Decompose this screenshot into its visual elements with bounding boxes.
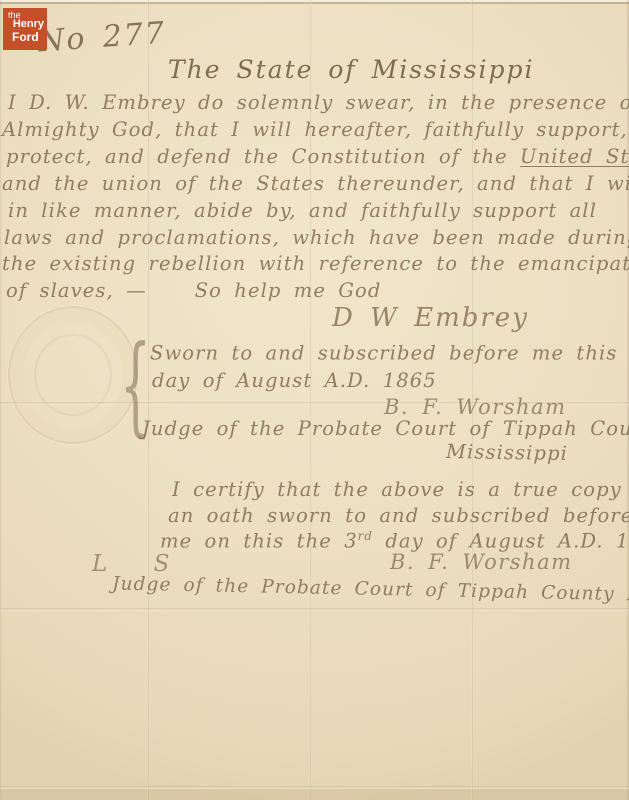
certification-line-3: me on this the 3rd day of August A.D. 18… [160, 529, 629, 553]
worsham-signature-1: B. F. Worsham [384, 395, 567, 419]
oath-line-3: protect, and defend the Constitution of … [6, 145, 629, 168]
logo-text-ford: Ford [12, 30, 39, 44]
oath-line-8-left: of slaves, — [6, 279, 147, 302]
oath-line-6: laws and proclamations, which have been … [4, 226, 629, 249]
document-photo: the Henry Ford No 277 The State of Missi… [0, 0, 629, 800]
document-title: The State of Mississippi [168, 55, 535, 84]
paper-top-fold [0, 2, 629, 4]
judge-state-line: Mississippi [446, 440, 568, 465]
embrey-signature: D W Embrey [332, 303, 529, 333]
jurat-line-1-text: Sworn to and subscribed before me this 3… [150, 342, 629, 365]
paper-bottom-shadow [0, 789, 629, 800]
embossed-seal [8, 306, 138, 444]
certification-line-3-superscript: rd [358, 529, 373, 543]
oath-line-4: and the union of the States thereunder, … [2, 172, 629, 195]
oath-line-8: of slaves, —So help me God [6, 279, 381, 302]
henry-ford-logo: the Henry Ford [3, 8, 47, 50]
certification-line-3-pre: me on this the 3 [160, 530, 358, 553]
oath-line-1: I D. W. Embrey do solemnly swear, in the… [8, 91, 629, 114]
logo-text-henry: Henry [13, 18, 44, 30]
oath-line-8-right: So help me God [147, 279, 382, 302]
certification-line-2: an oath sworn to and subscribed before [168, 504, 629, 527]
oath-line-3-text: protect, and defend the Constitution of … [6, 145, 520, 168]
certification-line-1: I certify that the above is a true copy … [172, 478, 629, 501]
oath-line-3-underlined: United States [520, 145, 629, 168]
judge-title-line-2: Judge of the Probate Court of Tippah Cou… [112, 573, 629, 607]
jurat-line-2: day of August A.D. 1865 [152, 369, 437, 392]
judge-title-line: Judge of the Probate Court of Tippah Cou… [142, 417, 629, 440]
worsham-signature-2: B. F. Worsham [390, 550, 573, 574]
oath-line-5: in like manner, abide by, and faithfully… [8, 199, 597, 222]
horizontal-fold-crease [0, 608, 629, 611]
oath-line-7: the existing rebellion with reference to… [2, 252, 629, 275]
oath-line-2: Almighty God, that I will hereafter, fai… [2, 118, 628, 141]
jurat-line-1: Sworn to and subscribed before me this 3… [150, 341, 629, 365]
